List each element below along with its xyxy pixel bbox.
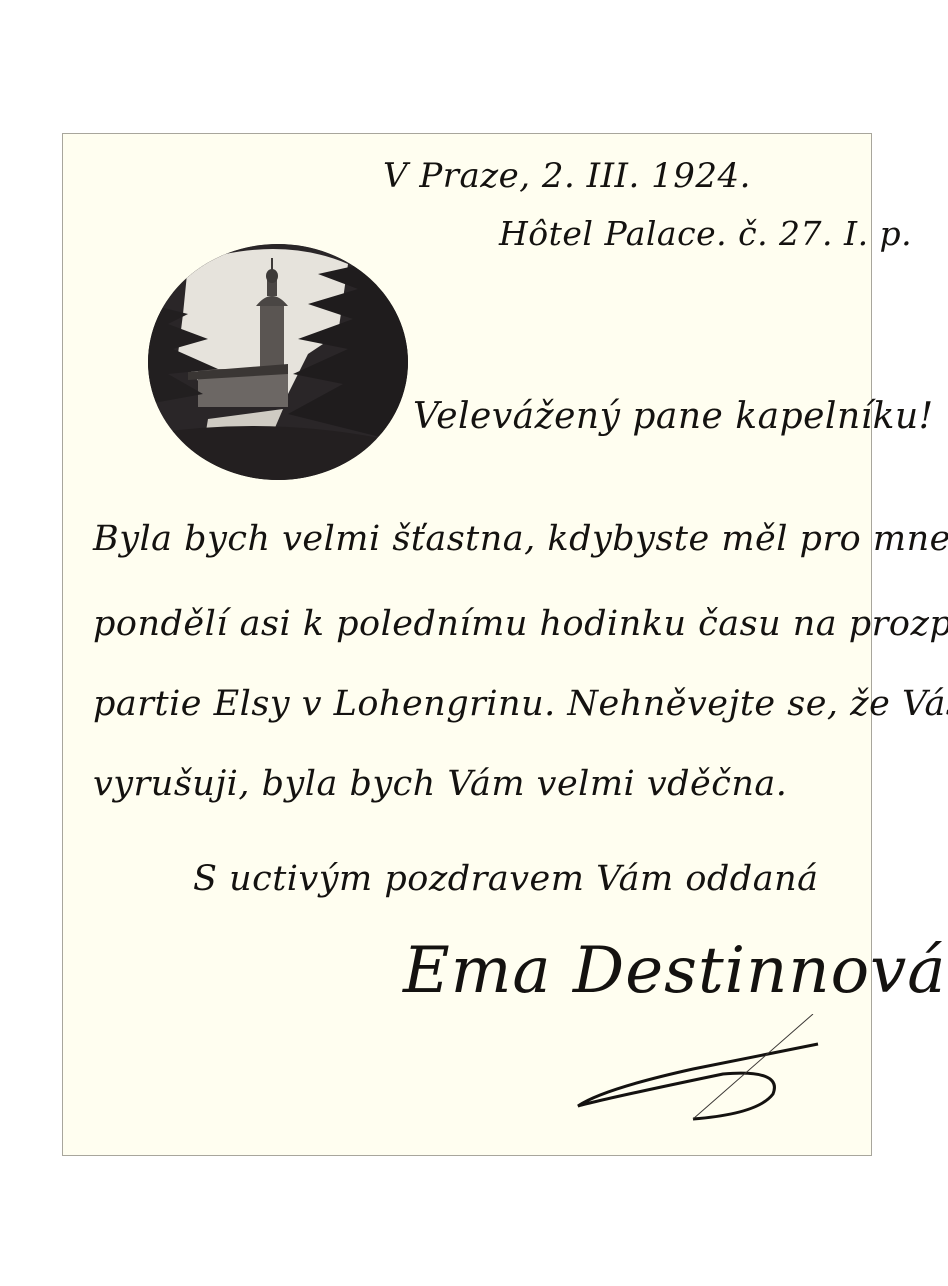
church-tower-icon — [148, 244, 408, 480]
letter-date: V Praze, 2. III. 1924. — [383, 156, 751, 196]
letter-address: Hôtel Palace. č. 27. I. p. — [499, 214, 912, 253]
letter-closing: S uctivým pozdravem Vám oddaná — [193, 859, 818, 899]
church-tower-vignette-image — [148, 244, 408, 480]
letter-paper: V Praze, 2. III. 1924. Hôtel Palace. č. … — [62, 133, 872, 1156]
letter-body-line: pondělí asi k polednímu hodinku času na … — [93, 604, 948, 644]
signature-flourish-icon — [543, 1014, 823, 1124]
letter-body-line: partie Elsy v Lohengrinu. Nehněvejte se,… — [93, 684, 948, 724]
letter-signature: Ema Destinnová — [403, 934, 946, 1008]
letter-body-line: vyrušuji, byla bych Vám velmi vděčna. — [93, 764, 787, 804]
letter-salutation: Velevážený pane kapelníku! — [413, 396, 934, 437]
letter-body-line: Byla bych velmi šťastna, kdybyste měl pr… — [93, 519, 948, 559]
